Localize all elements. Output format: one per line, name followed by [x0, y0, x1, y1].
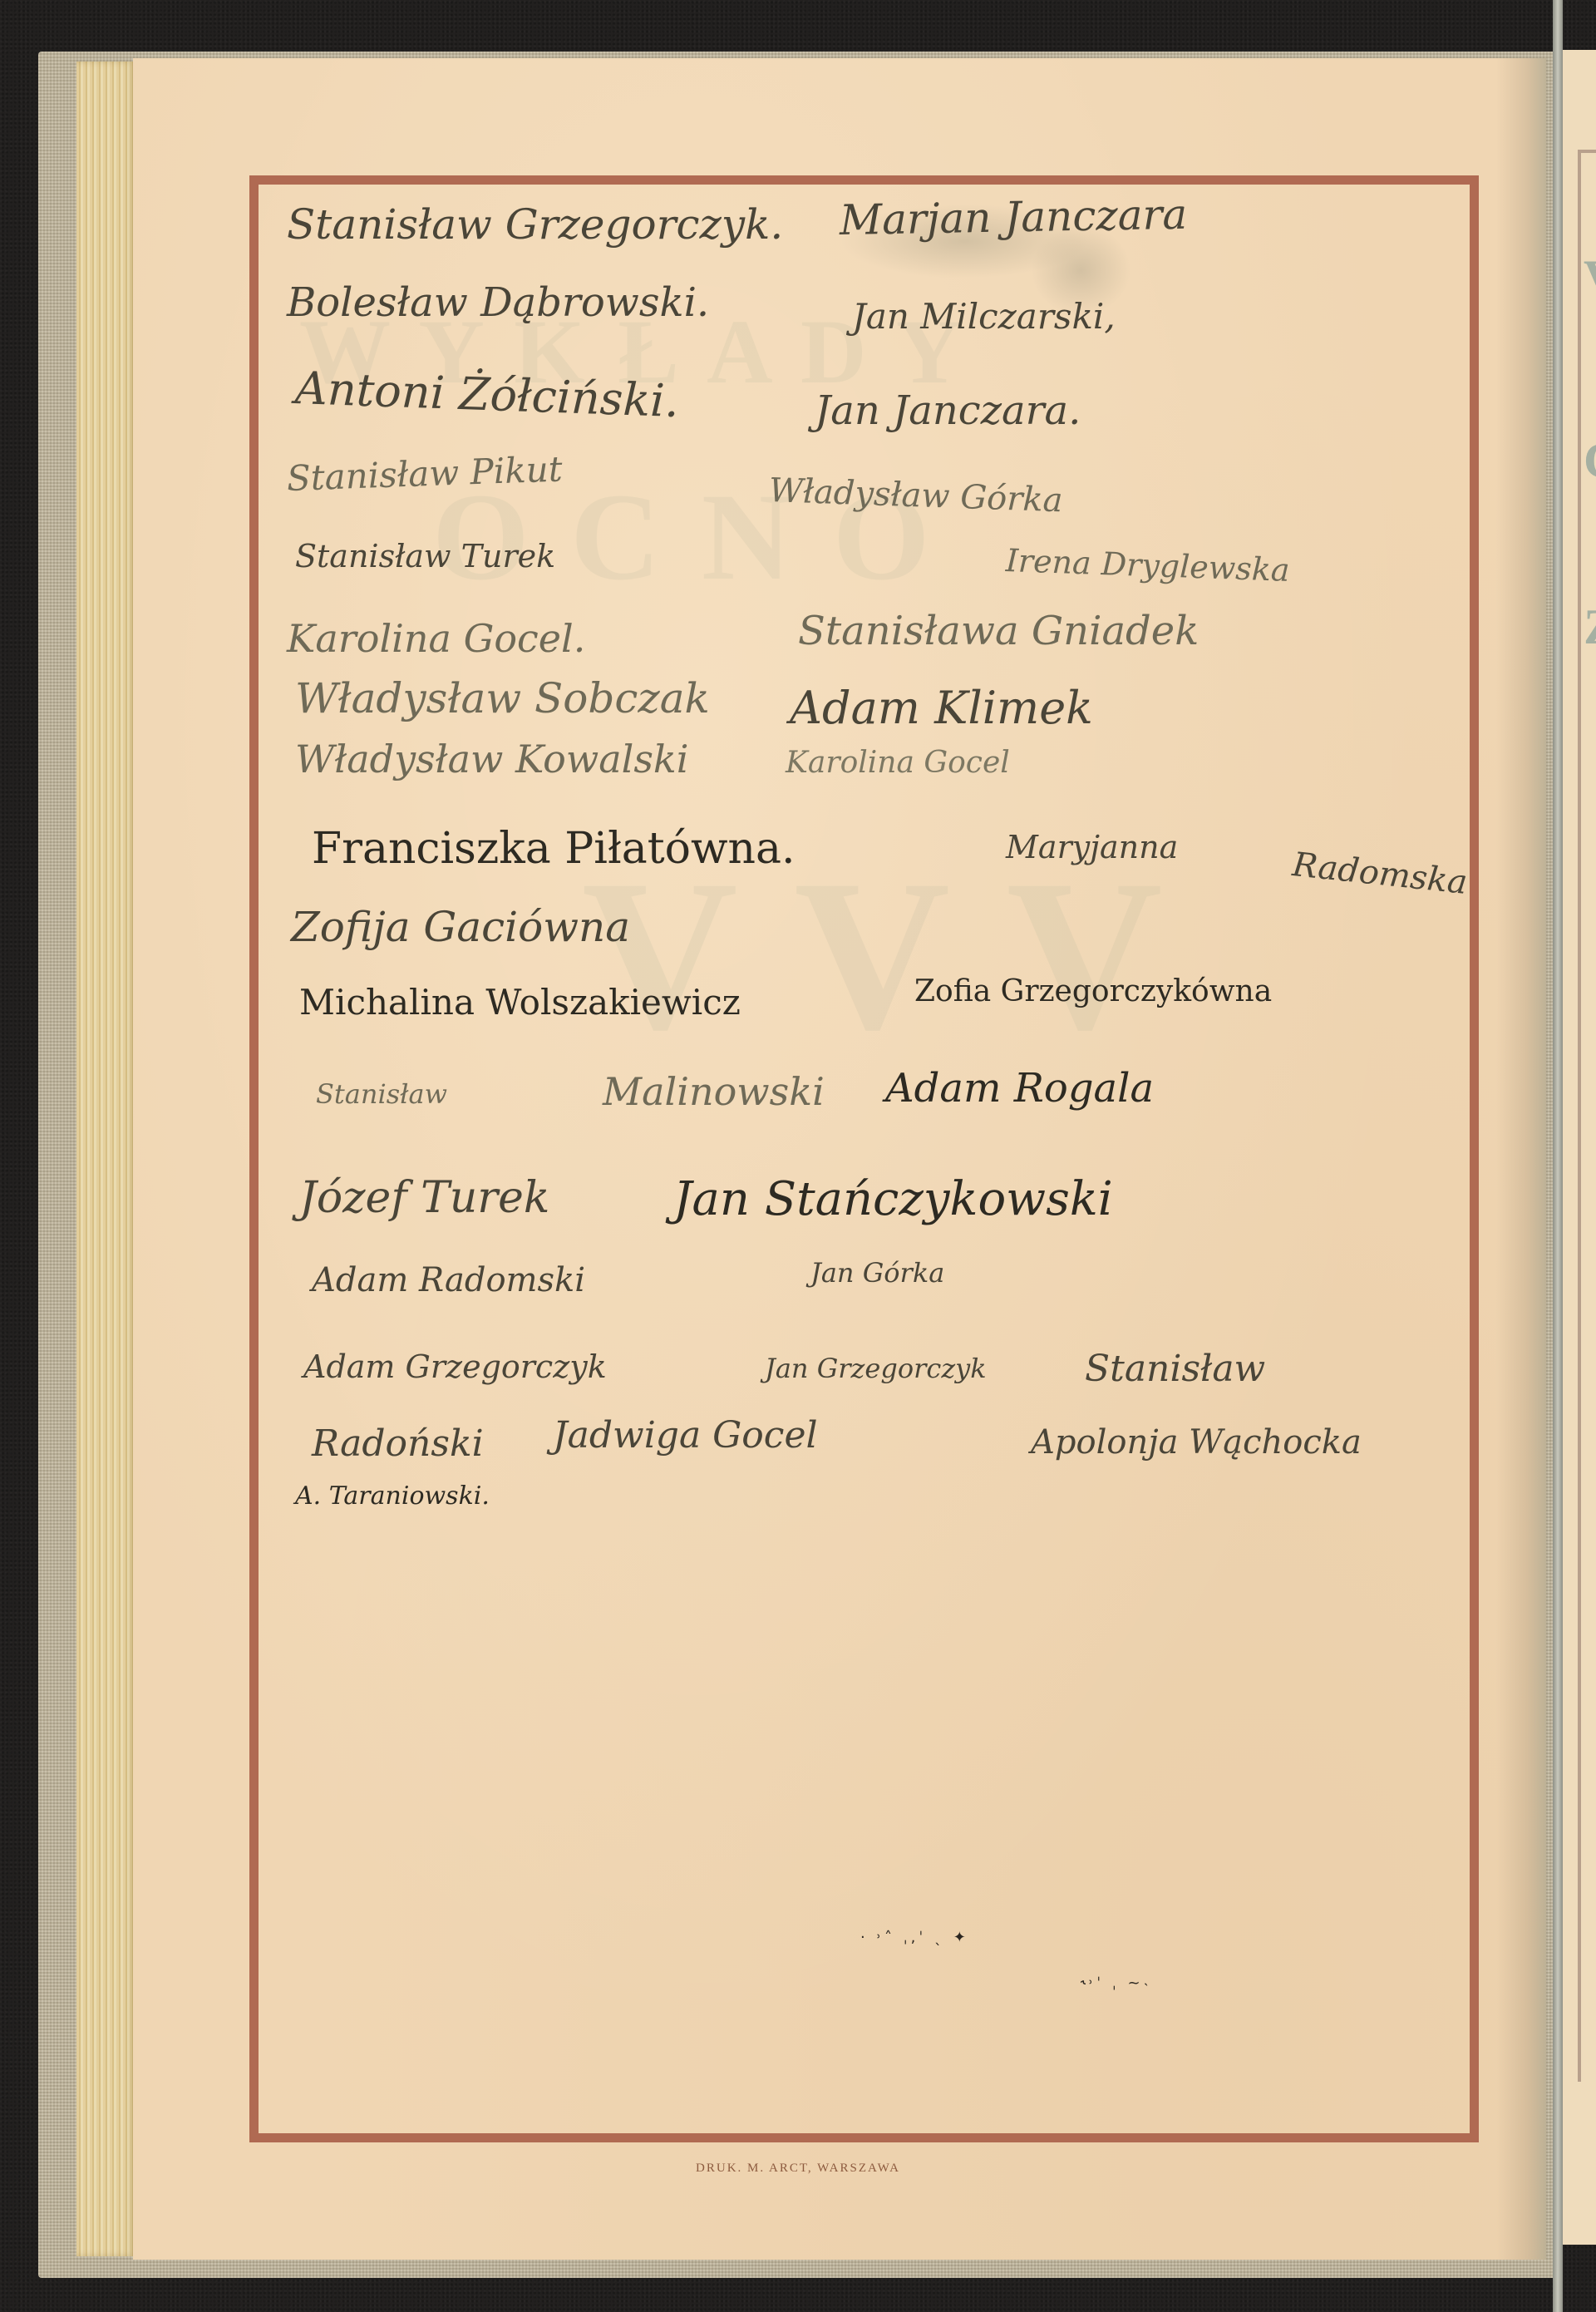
signature: Antoni Żółciński.	[294, 366, 680, 424]
signature: Jan Milczarski,	[852, 299, 1116, 334]
signature: Franciszka Piłatówna.	[312, 827, 796, 870]
signature: Bolesław Dąbrowski.	[287, 283, 709, 323]
adjacent-page-ornament: C	[1584, 432, 1596, 490]
signature: Radoński	[312, 1426, 484, 1462]
signature: Jan Grzegorczyk	[765, 1355, 987, 1382]
ink-specks: ˞˒ˈ ˌ ~˴	[1081, 1974, 1152, 1992]
spine-strip	[1553, 0, 1563, 2312]
signature: Zofia Grzegorczykówna	[914, 977, 1272, 1007]
signature: Stanisław	[1085, 1351, 1265, 1388]
signature: Adam Rogala	[885, 1068, 1154, 1108]
page-fore-edge	[76, 62, 136, 2256]
signature: Malinowski	[603, 1072, 825, 1111]
signature: Władysław Górka	[768, 474, 1063, 517]
signature: Jan Stańczykowski	[673, 1176, 1113, 1223]
signature: Maryjanna	[1006, 831, 1178, 863]
signature: Jadwiga Gocel	[553, 1417, 818, 1454]
signature: Adam Klimek	[790, 686, 1093, 731]
signature: Karolina Gocel.	[287, 619, 585, 658]
signature: Władysław Kowalski	[295, 740, 689, 778]
signature: Józef Turek	[299, 1176, 549, 1220]
signature: Adam Radomski	[312, 1264, 585, 1297]
signature: Jan Janczara.	[815, 391, 1081, 431]
gutter-shadow	[1496, 58, 1546, 2260]
printer-imprint: DRUK. M. ARCT, WARSZAWA	[0, 2162, 1596, 2176]
signature: Adam Grzegorczyk	[303, 1351, 607, 1383]
signature: Jan Górka	[810, 1260, 944, 1286]
signature: Karolina Gocel	[786, 748, 1010, 778]
adjacent-page-ornament: Ζ	[1584, 599, 1596, 656]
signature: Stanisław Turek	[295, 540, 555, 572]
adjacent-page-ornament: V	[1584, 249, 1596, 307]
signature: Marjan Janczara	[840, 194, 1188, 241]
signature: Zofija Gaciówna	[291, 906, 630, 948]
signature: A. Taraniowski.	[295, 1484, 490, 1509]
ink-specks: · ˒˄ ˌ,ˈ ˎ ✦	[860, 1929, 969, 1946]
signature: Stanisław Grzegorczyk.	[287, 204, 783, 245]
signature: Stanisław Pikut	[286, 451, 563, 496]
signature: Władysław Sobczak	[295, 678, 710, 719]
signature: Irena Dryglewska	[1005, 545, 1290, 586]
signature: Michalina Wolszakiewicz	[299, 985, 741, 1020]
signature: Apolonja Wąchocka	[1031, 1426, 1362, 1459]
signature: Stanisław	[316, 1081, 447, 1107]
signature: Stanisława Gniadek	[798, 611, 1199, 651]
